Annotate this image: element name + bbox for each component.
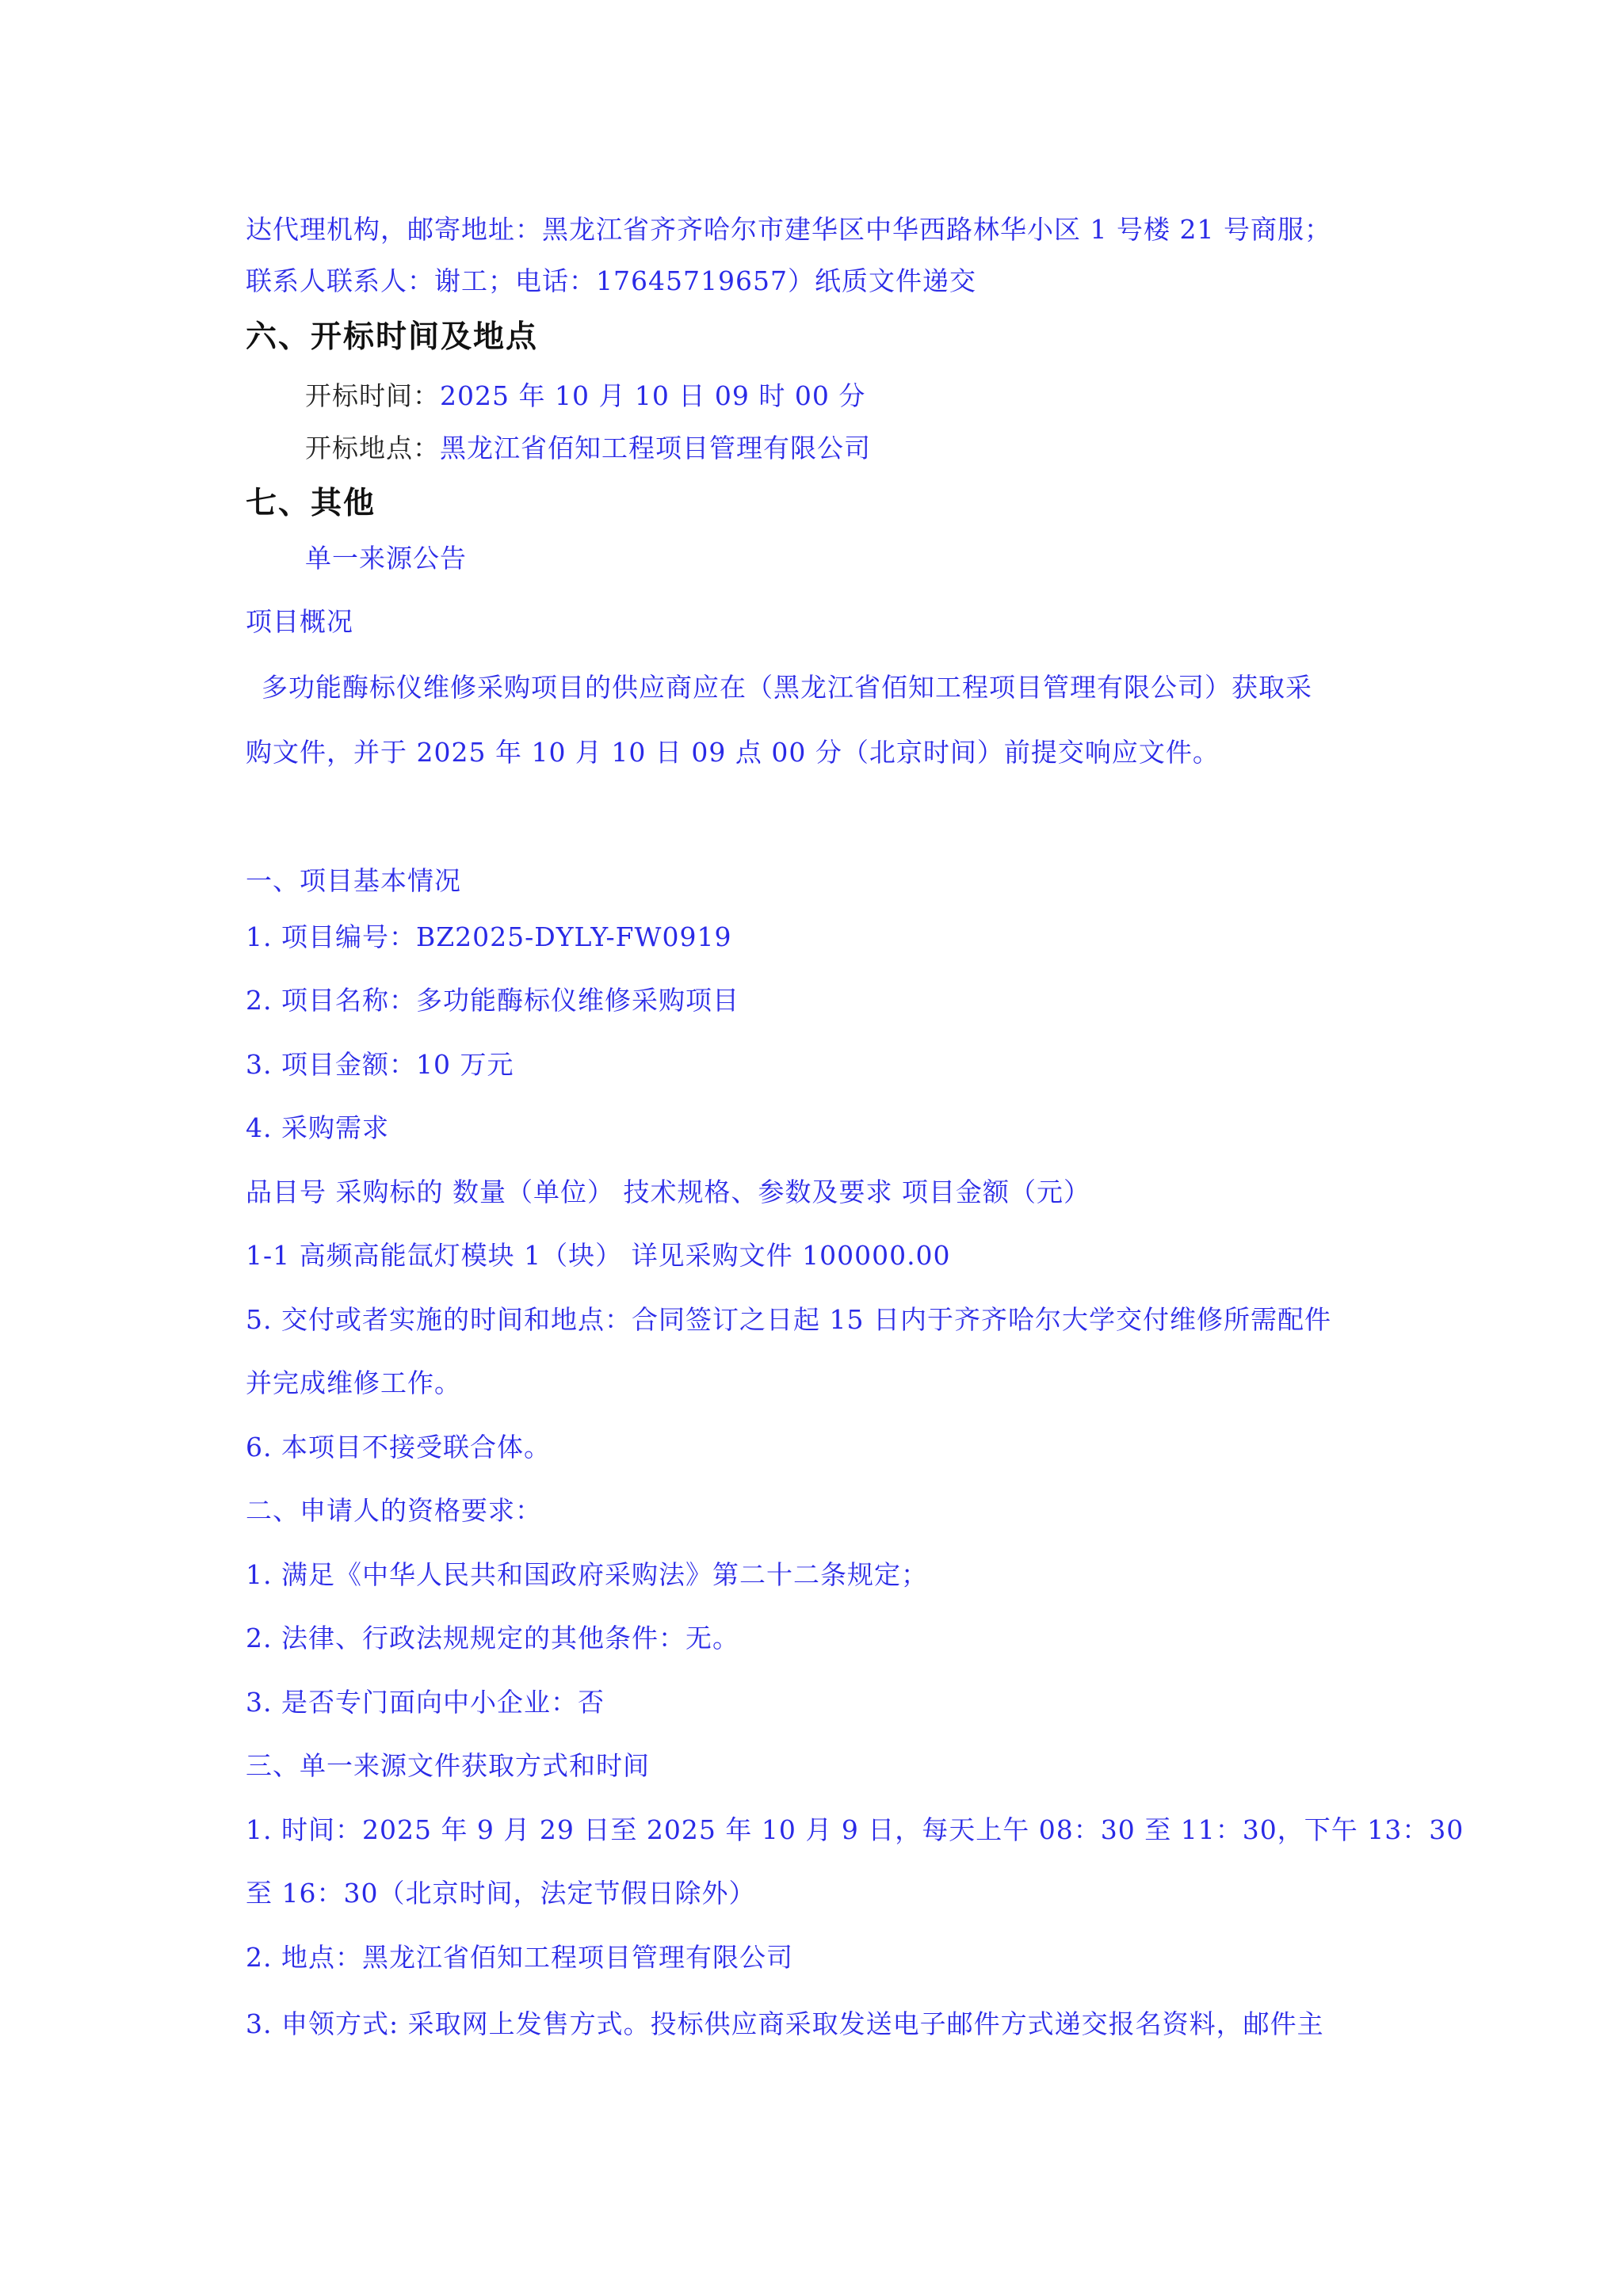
delivery-line-1: 5. 交付或者实施的时间和地点：合同签订之日起 15 日内于齐齐哈尔大学交付维修… (246, 1304, 1331, 1336)
project-amount: 3. 项目金额：10 万元 (246, 1049, 514, 1081)
document-page: 达代理机构，邮寄地址：黑龙江省齐齐哈尔市建华区中华西路林华小区 1 号楼 21 … (0, 0, 1623, 2296)
part-1-heading: 一、项目基本情况 (246, 865, 461, 897)
delivery-line-2: 并完成维修工作。 (246, 1367, 461, 1399)
section-6-heading: 六、开标时间及地点 (246, 318, 538, 355)
overview-title: 项目概况 (246, 606, 353, 638)
acquisition-place: 2. 地点：黑龙江省佰知工程项目管理有限公司 (246, 1942, 793, 1974)
mailing-address-line: 达代理机构，邮寄地址：黑龙江省齐齐哈尔市建华区中华西路林华小区 1 号楼 21 … (246, 214, 1331, 246)
part-2-heading: 二、申请人的资格要求： (246, 1495, 542, 1527)
bid-opening-time-label: 开标时间： (305, 380, 440, 411)
acquisition-time-line-2: 至 16：30（北京时间，法定节假日除外） (246, 1878, 755, 1909)
qualification-3: 3. 是否专门面向中小企业：否 (246, 1687, 605, 1718)
project-name: 2. 项目名称：多功能酶标仪维修采购项目 (246, 985, 739, 1016)
overview-paragraph-line-1: 多功能酶标仪维修采购项目的供应商应在（黑龙江省佰知工程项目管理有限公司）获取采 (262, 672, 1312, 704)
requirements-table-header: 品目号 采购标的 数量（单位） 技术规格、参数及要求 项目金额（元） (246, 1177, 1090, 1208)
contact-line: 联系人联系人：谢工；电话：17645719657）纸质文件递交 (246, 265, 976, 297)
overview-paragraph-line-2: 购文件，并于 2025 年 10 月 10 日 09 点 00 分（北京时间）前… (246, 737, 1220, 769)
qualification-2: 2. 法律、行政法规规定的其他条件：无。 (246, 1623, 739, 1654)
qualification-1: 1. 满足《中华人民共和国政府采购法》第二十二条规定； (246, 1559, 928, 1591)
part-3-heading: 三、单一来源文件获取方式和时间 (246, 1750, 650, 1782)
bid-opening-time: 开标时间：2025 年 10 月 10 日 09 时 00 分 (305, 380, 865, 412)
bid-opening-place-value: 黑龙江省佰知工程项目管理有限公司 (440, 433, 871, 463)
no-consortium: 6. 本项目不接受联合体。 (246, 1432, 551, 1463)
acquisition-time-line-1: 1. 时间：2025 年 9 月 29 日至 2025 年 10 月 9 日，每… (246, 1814, 1464, 1846)
procurement-requirements: 4. 采购需求 (246, 1112, 389, 1144)
section-7-heading: 七、其他 (246, 485, 376, 521)
bid-opening-place: 开标地点：黑龙江省佰知工程项目管理有限公司 (305, 433, 871, 464)
acquisition-method: 3. 申领方式: 采取网上发售方式。投标供应商采取发送电子邮件方式递交报名资料，… (246, 2008, 1324, 2040)
bid-opening-place-label: 开标地点： (305, 433, 440, 463)
bid-opening-time-value: 2025 年 10 月 10 日 09 时 00 分 (440, 380, 865, 411)
project-number: 1. 项目编号：BZ2025-DYLY-FW0919 (246, 921, 731, 953)
requirements-table-row: 1-1 高频高能氙灯模块 1（块） 详见采购文件 100000.00 (246, 1240, 951, 1272)
notice-title: 单一来源公告 (305, 543, 467, 574)
